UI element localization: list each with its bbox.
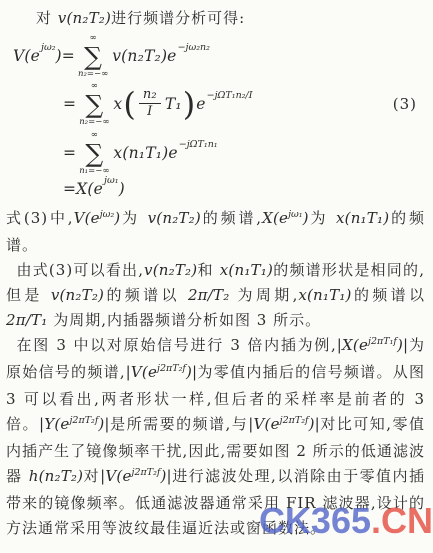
text-run: 在图 3 中以对原始信号进行 3 倍内插为例, bbox=[17, 336, 337, 354]
math-inline: |Y(e bbox=[39, 415, 70, 433]
text-run: 式(3)中, bbox=[6, 209, 74, 227]
left-paren: ( bbox=[123, 88, 135, 120]
math-term: x(n₁T₁)e bbox=[113, 144, 177, 162]
fraction-denominator: I bbox=[147, 104, 152, 120]
page: 对 v(n₂T₂)进行频谱分析可得: V(e jω₂ )= ∞ ∑ n₂=−∞ … bbox=[0, 0, 433, 541]
watermark-red: .CN bbox=[371, 500, 433, 541]
text-run: 的频谱, bbox=[201, 209, 262, 227]
superscript: jω₂ bbox=[100, 209, 115, 220]
text-run: 和 bbox=[197, 261, 219, 279]
superscript: j2πT₂f bbox=[280, 415, 309, 426]
math-inline: h(n₂T₂) bbox=[29, 467, 83, 485]
math-inline: |V(e bbox=[126, 363, 157, 381]
right-paren: ) bbox=[183, 88, 195, 120]
superscript: jω₁ bbox=[104, 175, 119, 186]
math-base: e bbox=[196, 95, 205, 113]
math-inline: )| bbox=[186, 363, 197, 381]
superscript: j2πT₁f bbox=[368, 336, 397, 347]
equation-line-4: =X(e jω₁ ) bbox=[6, 176, 425, 202]
math-inline: )| bbox=[397, 336, 408, 354]
fraction: n₂ I bbox=[139, 88, 161, 120]
math-inline: v(n₂T₂) bbox=[148, 209, 201, 227]
sigma-icon: ∑ bbox=[84, 43, 102, 70]
math-inline: 2π/T₁ bbox=[6, 311, 47, 329]
superscript: jω₁ bbox=[288, 209, 303, 220]
equation-line-3: = ∞ ∑ n₁=−∞ x(n₁T₁)e −jΩT₁n₁ bbox=[6, 130, 425, 176]
text-run: 为 bbox=[120, 209, 147, 227]
math-function: x bbox=[113, 95, 122, 113]
math-inline: x(n₁T₁) bbox=[336, 209, 389, 227]
equals-sign: )= bbox=[56, 47, 75, 65]
math-term: T₁ bbox=[165, 95, 182, 113]
math-inline: |X(e bbox=[337, 336, 368, 354]
text-run: 进行频谱分析可得: bbox=[111, 9, 245, 27]
paragraph-1: 式(3)中,V(ejω₂)为 v(n₂T₂)的频谱,X(ejω₁)为 x(n₁T… bbox=[6, 206, 425, 258]
superscript: j2πT₂f bbox=[132, 467, 161, 478]
summation-1: ∞ ∑ n₂=−∞ bbox=[78, 34, 108, 78]
superscript: −jΩT₁n₁ bbox=[179, 139, 218, 150]
math-inline: x(n₁T₁) bbox=[220, 261, 273, 279]
sum-lower-limit: n₂=−∞ bbox=[78, 70, 108, 79]
text-run: 对 bbox=[36, 9, 58, 27]
math-inline: v(n₂T₂) bbox=[58, 9, 111, 27]
math-inline: |V(e bbox=[100, 467, 131, 485]
watermark: CK365.CN bbox=[259, 503, 433, 539]
right-paren: ) bbox=[119, 180, 125, 198]
math-lhs: V(e bbox=[13, 47, 40, 65]
superscript: j2πT₂f bbox=[69, 415, 98, 426]
text-run: 的频谱以 bbox=[352, 286, 425, 304]
math-inline: x(n₁T₁) bbox=[298, 286, 351, 304]
text-run: 为周期,内插器频谱分析如图 3 所示。 bbox=[47, 311, 321, 329]
text-run: 对 bbox=[83, 467, 100, 485]
text-run: 由式(3)可以看出, bbox=[17, 261, 145, 279]
math-inline: )| bbox=[309, 415, 320, 433]
math-inline: v(n₂T₂) bbox=[51, 286, 104, 304]
equals-sign: = bbox=[63, 95, 76, 113]
paragraph-intro: 对 v(n₂T₂)进行频谱分析可得: bbox=[6, 6, 425, 31]
superscript: jω₂ bbox=[41, 42, 56, 53]
text-run: 为周期, bbox=[229, 286, 298, 304]
sum-lower-limit: n₂=−∞ bbox=[79, 118, 109, 127]
math-term: =X(e bbox=[63, 180, 103, 198]
summation-3: ∞ ∑ n₁=−∞ bbox=[79, 131, 109, 175]
superscript: −jω₂n₂ bbox=[178, 42, 210, 53]
equation-line-1: V(e jω₂ )= ∞ ∑ n₂=−∞ v(n₂T₂)e −jω₂n₂ bbox=[6, 34, 425, 78]
summation-2: ∞ ∑ n₂=−∞ bbox=[79, 82, 109, 126]
superscript: j2πT₂f bbox=[157, 363, 186, 374]
fraction-numerator: n₂ bbox=[139, 88, 161, 104]
text-run: 为 bbox=[309, 209, 336, 227]
math-inline: )| bbox=[98, 415, 109, 433]
sigma-icon: ∑ bbox=[85, 140, 103, 167]
math-inline: V(e bbox=[74, 209, 100, 227]
equation-line-2: = ∞ ∑ n₂=−∞ x ( n₂ I T₁ ) e −jΩT₁n₂/I (3… bbox=[6, 78, 425, 130]
sigma-icon: ∑ bbox=[85, 91, 103, 118]
equation-block: V(e jω₂ )= ∞ ∑ n₂=−∞ v(n₂T₂)e −jω₂n₂ = ∞… bbox=[6, 34, 425, 202]
watermark-blue: CK365 bbox=[259, 500, 371, 541]
math-term: v(n₂T₂)e bbox=[112, 47, 176, 65]
math-inline: 2π/T₂ bbox=[188, 286, 229, 304]
superscript: −jΩT₁n₂/I bbox=[207, 90, 253, 101]
math-inline: v(n₂T₂) bbox=[144, 261, 197, 279]
equals-sign: = bbox=[63, 144, 76, 162]
math-inline: )| bbox=[160, 467, 171, 485]
math-inline: X(e bbox=[262, 209, 288, 227]
text-run: 的频谱以 bbox=[104, 286, 188, 304]
math-inline: |V(e bbox=[248, 415, 279, 433]
text-run: 是所需要的频谱,与 bbox=[110, 415, 249, 433]
equation-number: (3) bbox=[393, 95, 425, 113]
paragraph-2: 由式(3)可以看出,v(n₂T₂)和 x(n₁T₁)的频谱形状是相同的,但是 v… bbox=[6, 258, 425, 333]
